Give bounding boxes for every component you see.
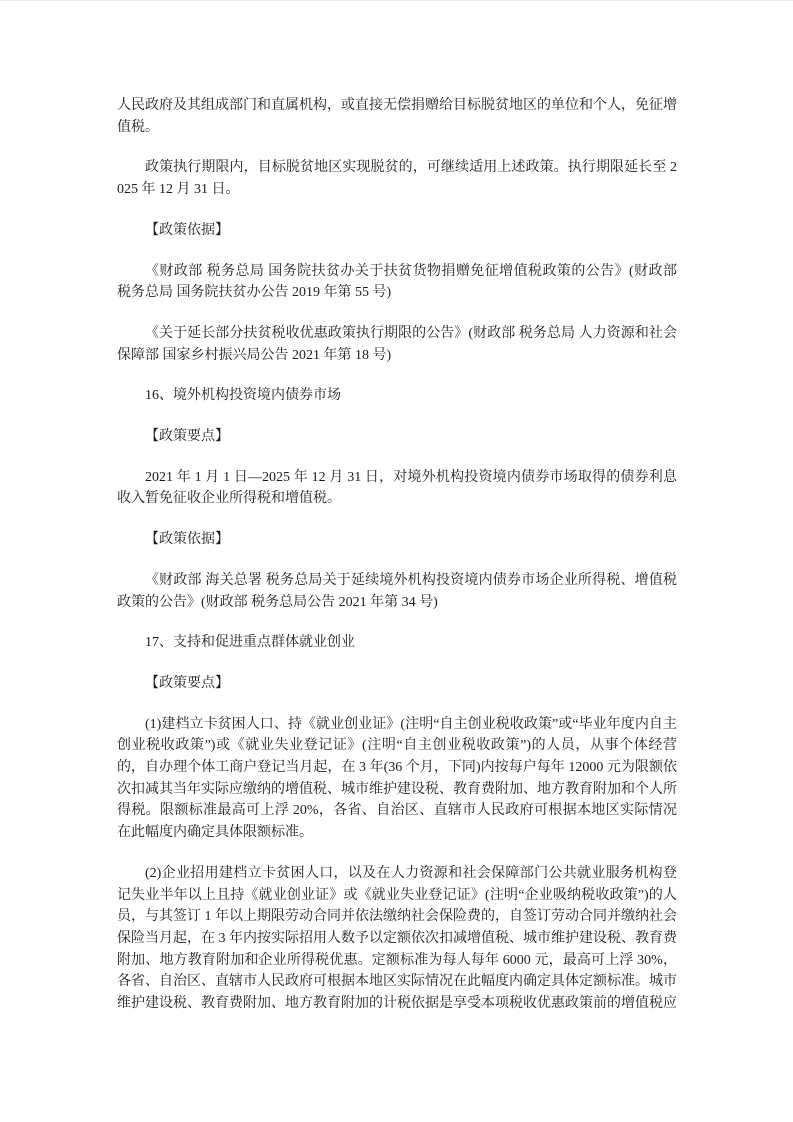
body-paragraph-continuation: 人民政府及其组成部门和直属机构，或直接无偿捐赠给目标脱贫地区的单位和个人，免征增… bbox=[117, 95, 677, 138]
section-17-heading: 17、支持和促进重点群体就业创业 bbox=[117, 632, 677, 654]
body-paragraph-item-1-self-employment: (1)建档立卡贫困人口、持《就业创业证》(注明“自主创业税收政策”或“毕业年度内… bbox=[117, 714, 677, 844]
body-paragraph-item-2-enterprise-hiring: (2)企业招用建档立卡贫困人口，以及在人力资源和社会保障部门公共就业服务机构登记… bbox=[117, 863, 677, 1015]
policy-citation-2019-55: 《财政部 税务总局 国务院扶贫办关于扶贫货物捐赠免征增值税政策的公告》(财政部 … bbox=[117, 261, 677, 304]
document-page: 人民政府及其组成部门和直属机构，或直接无偿捐赠给目标脱贫地区的单位和个人，免征增… bbox=[0, 0, 793, 1122]
policy-citation-2021-34: 《财政部 海关总署 税务总局关于延续境外机构投资境内债券市场企业所得税、增值税政… bbox=[117, 570, 677, 613]
policy-points-heading-16: 【政策要点】 bbox=[117, 426, 677, 448]
body-paragraph-bond-market: 2021 年 1 月 1 日—2025 年 12 月 31 日，对境外机构投资境… bbox=[117, 467, 677, 510]
policy-citation-2021-18: 《关于延长部分扶贫税收优惠政策执行期限的公告》(财政部 税务总局 人力资源和社会… bbox=[117, 323, 677, 366]
policy-basis-heading: 【政策依据】 bbox=[117, 220, 677, 242]
body-paragraph-execution-period: 政策执行期限内，目标脱贫地区实现脱贫的，可继续适用上述政策。执行期限延长至 20… bbox=[117, 157, 677, 200]
policy-basis-heading-16: 【政策依据】 bbox=[117, 529, 677, 551]
section-16-heading: 16、境外机构投资境内债券市场 bbox=[117, 385, 677, 407]
policy-points-heading-17: 【政策要点】 bbox=[117, 673, 677, 695]
